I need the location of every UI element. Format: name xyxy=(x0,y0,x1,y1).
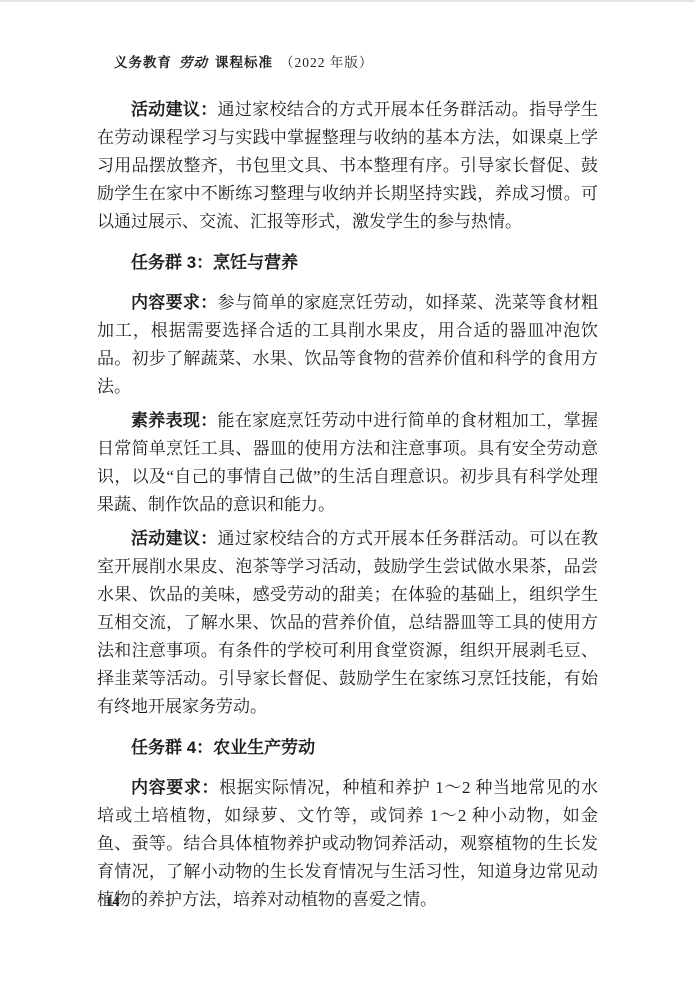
page-number: 14 xyxy=(105,894,120,911)
paragraph: 内容要求：根据实际情况，种植和养护 1～2 种当地常见的水培或土培植物，如绿萝、… xyxy=(97,774,598,914)
book-page: { "document": { "running_header": { "par… xyxy=(0,0,695,982)
page-top-edge xyxy=(0,0,695,2)
section-heading: 任务群 3：烹饪与营养 xyxy=(97,249,598,277)
paragraph-lead-label: 素养表现： xyxy=(131,411,218,430)
header-bar-dark-icon xyxy=(88,54,95,69)
paragraph: 活动建议：通过家校结合的方式开展本任务群活动。指导学生在劳动课程学习与实践中掌握… xyxy=(97,96,598,236)
paragraph: 素养表现：能在家庭烹饪劳动中进行简单的食材粗加工，掌握日常简单烹饪工具、器皿的使… xyxy=(97,407,598,519)
paragraph-lead-label: 活动建议： xyxy=(131,529,218,548)
running-header: 义务教育 劳动 课程标准 （2022 年版） xyxy=(88,52,373,70)
header-bar-light-icon xyxy=(98,54,105,69)
header-subject-label: 劳动 xyxy=(179,51,208,71)
paragraph-lead-label: 内容要求： xyxy=(131,293,218,312)
paragraph-lead-label: 活动建议： xyxy=(131,100,218,119)
paragraph-lead-label: 内容要求： xyxy=(131,778,219,797)
section-heading: 任务群 4：农业生产劳动 xyxy=(97,734,598,762)
header-edition-label: （2022 年版） xyxy=(280,51,373,71)
paragraph: 内容要求：参与简单的家庭烹饪劳动，如择菜、洗菜等食材粗加工，根据需要选择合适的工… xyxy=(97,289,598,401)
header-title-segment: 课程标准 xyxy=(215,51,273,71)
document-body: 活动建议：通过家校结合的方式开展本任务群活动。指导学生在劳动课程学习与实践中掌握… xyxy=(97,96,598,920)
header-title-segment: 义务教育 xyxy=(114,51,172,71)
paragraph: 活动建议：通过家校结合的方式开展本任务群活动。可以在教室开展削水果皮、泡茶等学习… xyxy=(97,525,598,721)
